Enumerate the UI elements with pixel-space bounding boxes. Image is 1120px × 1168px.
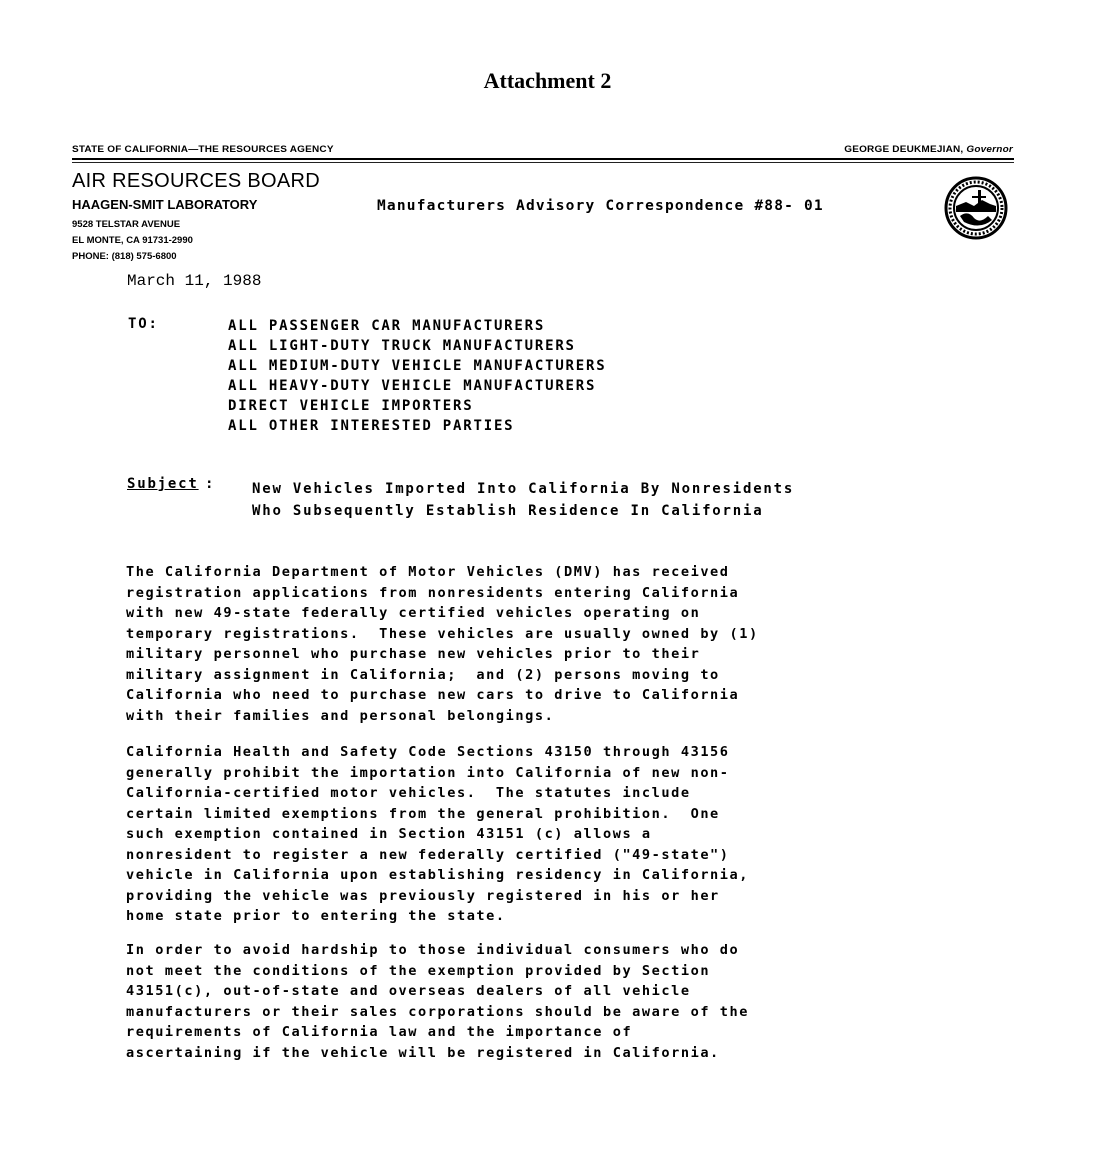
- subject-label-text: Subject: [127, 476, 199, 492]
- subject-text: New Vehicles Imported Into California By…: [252, 478, 794, 522]
- letterhead-rule-thin: [72, 162, 1014, 163]
- agency-name: STATE OF CALIFORNIA—THE RESOURCES AGENCY: [72, 144, 334, 154]
- recipient-item: DIRECT VEHICLE IMPORTERS: [228, 396, 606, 416]
- board-name: AIR RESOURCES BOARD: [72, 170, 320, 193]
- recipient-item: ALL HEAVY-DUTY VEHICLE MANUFACTURERS: [228, 376, 606, 396]
- correspondence-title: Manufacturers Advisory Correspondence #8…: [377, 198, 824, 214]
- recipient-item: ALL MEDIUM-DUTY VEHICLE MANUFACTURERS: [228, 356, 606, 376]
- subject-line: Who Subsequently Establish Residence In …: [252, 500, 794, 522]
- recipient-item: ALL PASSENGER CAR MANUFACTURERS: [228, 316, 606, 336]
- recipient-item: ALL LIGHT-DUTY TRUCK MANUFACTURERS: [228, 336, 606, 356]
- attachment-title: Attachment 2: [0, 68, 1095, 94]
- recipient-item: ALL OTHER INTERESTED PARTIES: [228, 416, 606, 436]
- governor-name: GEORGE DEUKMEJIAN,: [844, 144, 963, 154]
- subject-line: New Vehicles Imported Into California By…: [252, 478, 794, 500]
- governor-title: Governor: [966, 144, 1013, 154]
- governor-line: GEORGE DEUKMEJIAN, Governor: [844, 144, 1013, 154]
- letterhead-rule: [72, 158, 1014, 160]
- letter-date: March 11, 1988: [127, 272, 261, 290]
- to-label: TO:: [128, 316, 159, 332]
- subject-colon: :: [205, 476, 215, 492]
- state-seal-icon: [944, 176, 1008, 240]
- recipient-list: ALL PASSENGER CAR MANUFACTURERS ALL LIGH…: [228, 316, 606, 436]
- phone-number: PHONE: (818) 575-6800: [72, 251, 177, 262]
- subject-label: Subject: [127, 476, 199, 492]
- body-paragraph-2: California Health and Safety Code Sectio…: [126, 742, 956, 927]
- body-paragraph-3: In order to avoid hardship to those indi…: [126, 940, 956, 1063]
- body-paragraph-1: The California Department of Motor Vehic…: [126, 562, 956, 726]
- address-city: EL MONTE, CA 91731-2990: [72, 235, 193, 246]
- address-street: 9528 TELSTAR AVENUE: [72, 219, 180, 230]
- laboratory-name: HAAGEN-SMIT LABORATORY: [72, 197, 257, 212]
